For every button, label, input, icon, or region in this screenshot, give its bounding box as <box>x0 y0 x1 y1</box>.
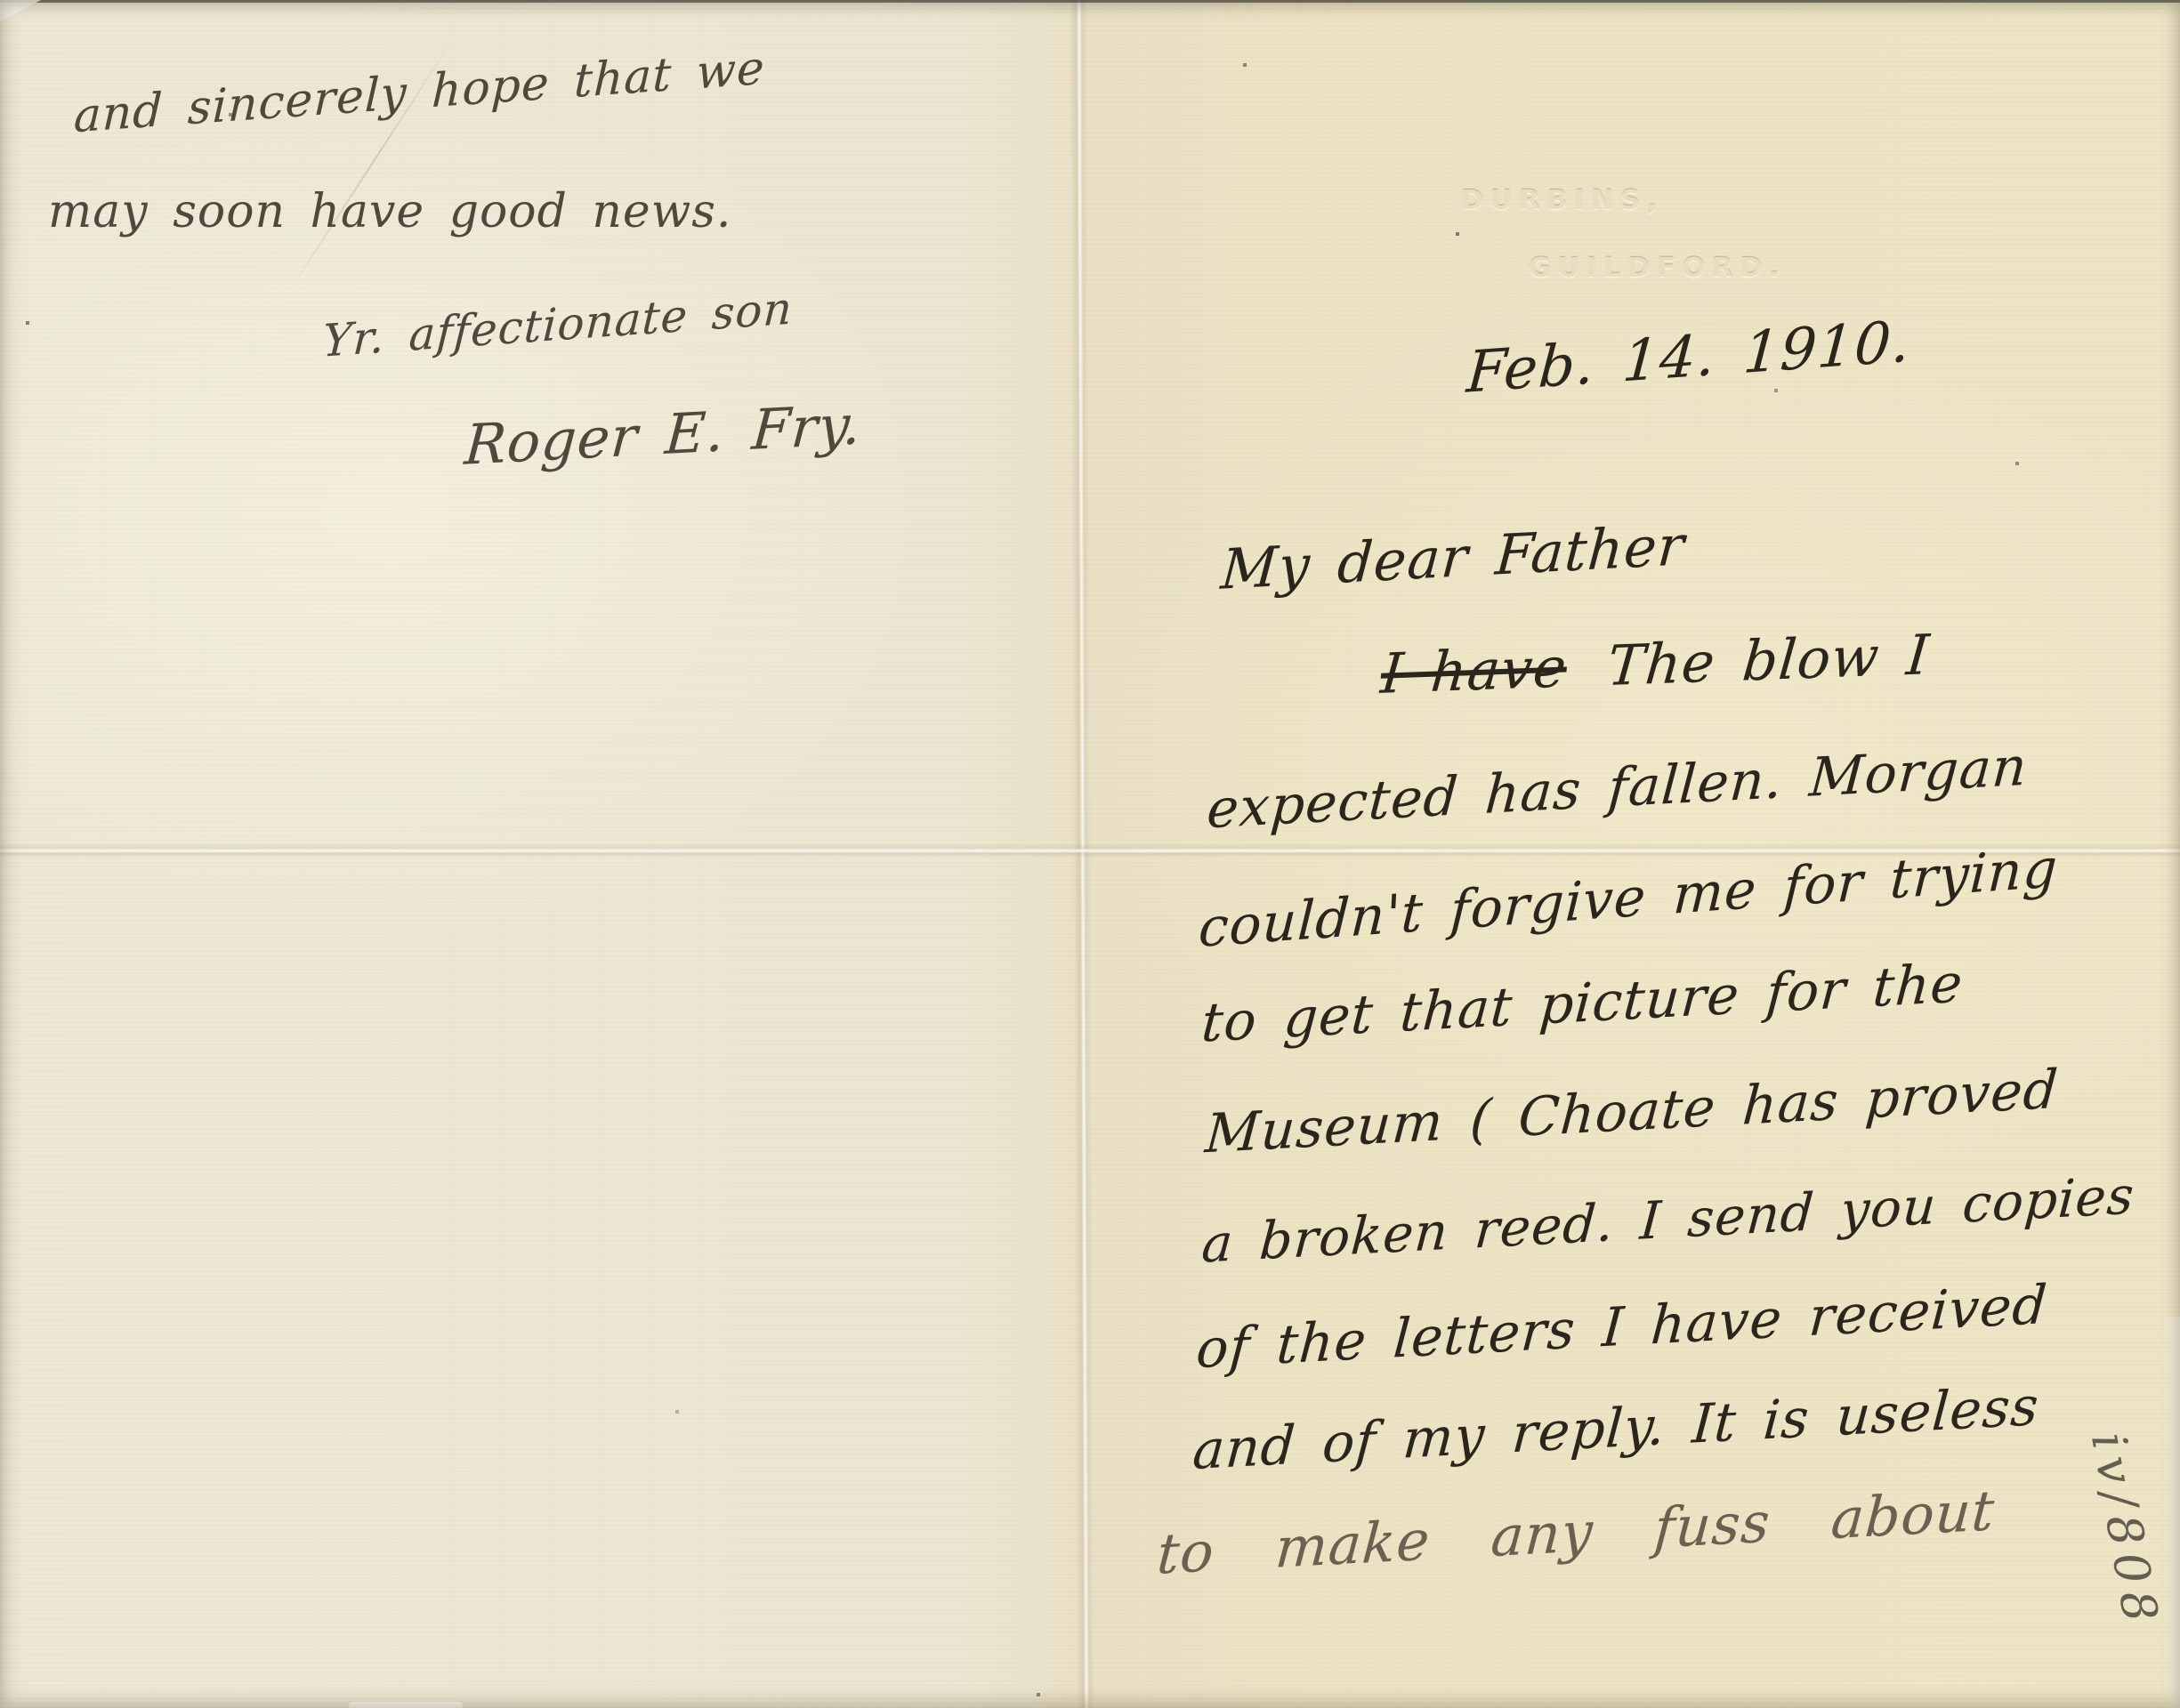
closing-line-1: and sincerely hope that we <box>73 45 766 141</box>
paper-edge-right <box>2162 1317 2180 1708</box>
letterhead-line-2: GUILDFORD. <box>1529 253 1787 284</box>
letter-scan: and sincerely hope that we may soon have… <box>0 0 2180 1708</box>
closing-line-2: may soon have good news. <box>48 189 731 235</box>
body-line-6: a broken reed. I send you copies <box>1200 1169 2136 1269</box>
body-line-8: and of my reply. It is useless <box>1191 1380 2041 1478</box>
body-line-7: of the letters I have received <box>1195 1278 2050 1376</box>
valediction: Yr. affectionate son <box>321 286 794 363</box>
body-line-3: couldn't forgive me for trying <box>1198 842 2060 955</box>
body-line-1: I haveThe blow I <box>1378 627 1932 702</box>
body-line-1-text: The blow I <box>1605 622 1933 698</box>
scan-edge-top <box>0 0 2180 3</box>
body-line-5: Museum ( Choate has proved <box>1204 1063 2061 1162</box>
body-line-9: to make any fuss about <box>1155 1483 1996 1583</box>
signature: Roger E. Fry. <box>463 397 863 473</box>
archival-mark: iv/808 <box>2080 1429 2170 1634</box>
salutation: My dear Father <box>1219 518 1687 598</box>
body-line-2: expected has fallen. Morgan <box>1206 740 2030 837</box>
paper-corner-top-left <box>0 0 41 21</box>
body-line-4: to get that picture for the <box>1199 956 1965 1050</box>
letterhead-line-1: DURBINS, <box>1461 185 1665 216</box>
paper-edge-bottom-left <box>349 1702 463 1708</box>
strikethrough-text: I have <box>1378 634 1570 706</box>
date-line: Feb. 14. 1910. <box>1465 313 1912 401</box>
dust-specks <box>0 0 2 2</box>
